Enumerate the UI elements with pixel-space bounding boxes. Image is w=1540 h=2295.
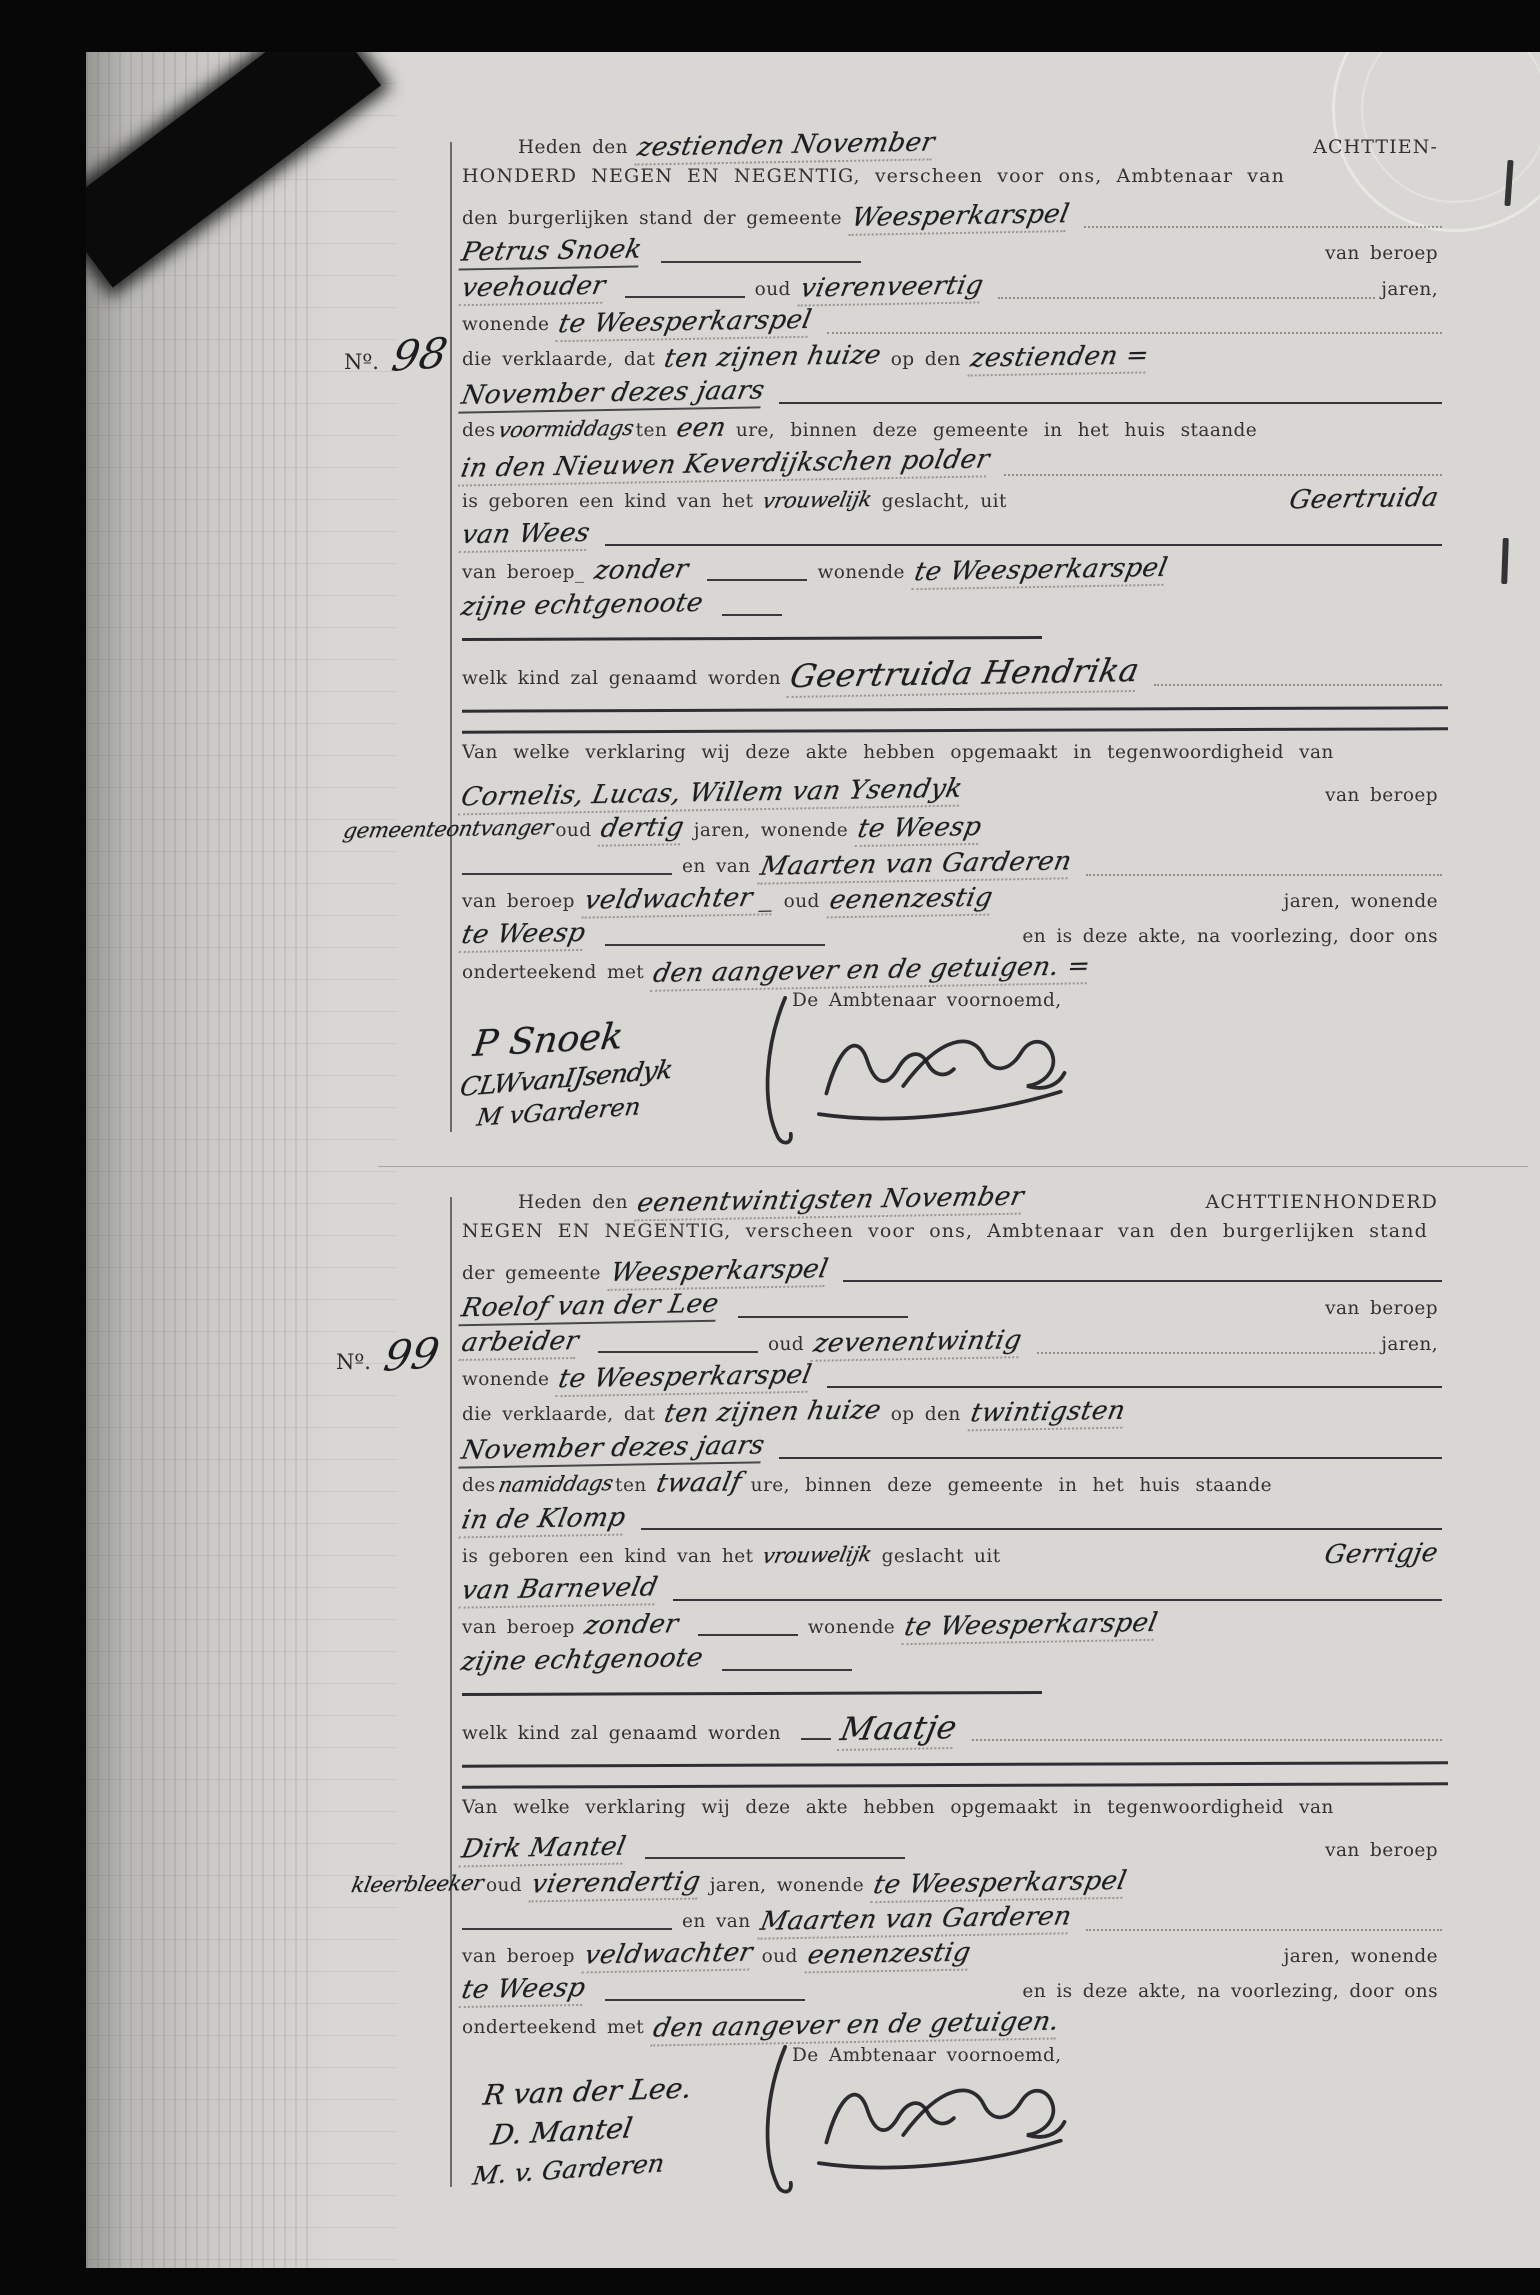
printed-text: ure, binnen deze gemeente in het huis st… (736, 420, 1257, 441)
printed-text: welk kind zal genaamd worden (462, 1723, 781, 1744)
form-line: Van welke verklaring wij deze akte hebbe… (462, 742, 1448, 777)
printed-text: oud (555, 820, 591, 841)
printed-text: ten (615, 1475, 647, 1496)
dotted-fill-line (1086, 1929, 1442, 1931)
handwritten-witness1-age: dertig (598, 813, 687, 847)
dotted-fill-line (1154, 684, 1442, 686)
printed-text: en van (682, 856, 751, 877)
dotted-fill-line (1037, 1352, 1375, 1354)
handwritten-hour: twaalf (654, 1467, 744, 1498)
handwritten-witness1-age: vierendertig (529, 1867, 704, 1903)
record-number-99: Nº.99 (336, 1330, 438, 1379)
handwritten-declarant-name: Roelof van der Lee (458, 1289, 721, 1326)
handwritten-age: vierenveertig (797, 270, 986, 306)
printed-text: ACHTTIENHONDERD (1206, 1191, 1438, 1213)
form-line: NEGEN EN NEGENTIG, verscheen voor ons, A… (462, 1220, 1448, 1255)
handwritten-hour: een (674, 413, 729, 444)
record-number-prefix: Nº. (344, 350, 379, 374)
printed-text: die verklaarde, dat (462, 349, 655, 370)
handwritten-mother-occupation: zonder (591, 554, 690, 586)
form-line: des voormiddags ten een ure, binnen deze… (462, 413, 1448, 448)
printed-text: oud (755, 279, 791, 300)
form-line: van beroep veldwachter _ oud eenenzestig… (462, 884, 1448, 919)
form-line: Dirk Mantel van beroep (462, 1833, 1448, 1868)
handwritten-witness2-age: eenenzestig (826, 883, 995, 919)
ink-dash (645, 1857, 905, 1859)
form-line: te Weesp en is deze akte, na voorlezing,… (462, 919, 1448, 954)
handwritten-witness1-occupation: kleerbleeker (349, 1871, 485, 1897)
handwritten-text: ten zijnen huize (662, 340, 884, 374)
printed-text: ten (636, 420, 668, 441)
handwritten-witness2-residence: te Weesp (459, 1973, 589, 2008)
printed-text: oud (768, 1334, 804, 1355)
form-line: der gemeente Weesperkarspel (462, 1256, 1448, 1291)
printed-text: der gemeente (462, 1263, 601, 1284)
dotted-fill-line (1086, 874, 1442, 876)
handwritten-witness2-age: eenenzestig (804, 1938, 973, 1974)
form-line: in den Nieuwen Keverdijkschen polder (462, 449, 1448, 484)
printed-text: is geboren een kind van het (462, 1546, 753, 1567)
handwritten-child-name: Geertruida Hendrika (786, 651, 1142, 698)
printed-text: jaren, wonende (710, 1875, 864, 1896)
printed-text: ure, binnen deze gemeente in het huis st… (751, 1475, 1272, 1496)
handwritten-witness1-occupation: gemeenteontvanger (341, 815, 555, 843)
printed-text: des (462, 420, 496, 441)
printed-text: jaren, wonende (1284, 891, 1438, 912)
handwritten-municipality: Weesperkarspel (607, 1254, 830, 1291)
ink-dash (641, 1528, 1442, 1530)
form-margin-rule (450, 1197, 452, 2187)
printed-text: van beroep (462, 1946, 575, 1967)
record-divider-line (378, 1166, 1528, 1167)
handwritten-mother-occupation: zonder (582, 1609, 681, 1641)
dotted-fill-line (827, 332, 1442, 334)
ink-dash (779, 402, 1442, 404)
handwritten-witness1-residence: te Weesperkarspel (870, 1866, 1129, 1903)
form-line: Heden den eenentwintigsten November ACHT… (462, 1185, 1448, 1220)
handwritten-mother-residence: te Weesperkarspel (911, 552, 1170, 589)
printed-text: en van (682, 1911, 751, 1932)
form-line: van beroep_ zonder wonende te Weesperkar… (462, 555, 1448, 590)
printed-text: van beroep (1325, 1840, 1438, 1861)
handwritten-text: ten zijnen huize (662, 1395, 884, 1429)
signature-block: P Snoek CLWvanIJsendyk M vGarderen (462, 1020, 1448, 1138)
form-line: Cornelis, Lucas, Willem van Ysendyk van … (462, 778, 1448, 813)
printed-text: op den (891, 1404, 961, 1425)
scanned-register-page: Nº.98 Nº.99 Heden den zestienden Novembe… (0, 0, 1540, 2295)
printed-text: oud (486, 1875, 522, 1896)
form-line: HONDERD NEGEN EN NEGENTIG, verscheen voo… (462, 165, 1448, 200)
form-line: die verklaarde, dat ten zijnen huize op … (462, 1397, 1448, 1432)
ink-dash (707, 579, 807, 581)
record-number-value: 98 (388, 328, 451, 381)
binding-ghost-lines (86, 52, 396, 2268)
handwritten-date: zestienden November (634, 127, 937, 165)
printed-text: van beroep (462, 891, 575, 912)
form-line: des namiddags ten twaalf ure, binnen dez… (462, 1468, 1448, 1503)
margin-ink-mark (1501, 538, 1509, 584)
handwritten-witness2-occupation: veldwachter (581, 1938, 755, 1974)
handwritten-witness1-name: Cornelis, Lucas, Willem van Ysendyk (458, 774, 965, 816)
printed-text: wonende (462, 314, 549, 335)
birth-record-98: Heden den zestienden November ACHTTIEN- … (462, 122, 1448, 1138)
form-line: onderteekend met den aangever en de getu… (462, 955, 1448, 990)
handwritten-declarant-name: Petrus Snoek (458, 235, 644, 271)
form-line: Van welke verklaring wij deze akte hebbe… (462, 1797, 1448, 1832)
ink-dash (605, 1999, 805, 2001)
handwritten-date: eenentwintigsten November (634, 1182, 1026, 1222)
handwritten-birth-place: in den Nieuwen Keverdijkschen polder (458, 444, 992, 486)
handwritten-birth-day: twintigsten (967, 1396, 1127, 1432)
handwritten-closing: den aangever en de getuigen. = (650, 951, 1093, 992)
handwritten-relation: zijne echtgenoote (459, 1643, 706, 1677)
handwritten-mother-firstname: Geertruida (1287, 483, 1441, 516)
form-line: van beroep veldwachter oud eenenzestig j… (462, 1939, 1448, 1974)
form-line: November dezes jaars (462, 378, 1448, 413)
handwritten-gender: vrouwelijk (761, 487, 874, 513)
handwritten-witness1-name: Dirk Mantel (458, 1831, 628, 1867)
handwritten-mother-surname: van Barneveld (458, 1573, 660, 1609)
form-line: te Weesp en is deze akte, na voorlezing,… (462, 1974, 1448, 2009)
printed-text: van beroep (1325, 1298, 1438, 1319)
handwritten-child-name: Maatje (837, 1708, 960, 1751)
dotted-fill-line (1004, 474, 1442, 476)
signature-block: R van der Lee. D. Mantel M. v. Garderen (462, 2075, 1448, 2193)
printed-text: is geboren een kind van het (462, 491, 753, 512)
handwritten-occupation: veehouder (459, 270, 609, 305)
handwritten-witness2-name: Maarten van Garderen (757, 1901, 1074, 1939)
form-line: en van Maarten van Garderen (462, 849, 1448, 884)
signature-witness2: M. v. Garderen (471, 2149, 666, 2191)
handwritten-birth-month: November dezes jaars (458, 375, 767, 413)
printed-text: Van welke verklaring wij deze akte hebbe… (462, 742, 1334, 763)
printed-text: wonende (808, 1617, 895, 1638)
handwritten-occupation: arbeider (459, 1326, 582, 1361)
printed-text: en is deze akte, na voorlezing, door ons (1022, 926, 1438, 947)
form-line: Petrus Snoek van beroep (462, 236, 1448, 271)
hand-drawn-rule (462, 1691, 1042, 1696)
hand-drawn-rule (462, 636, 1042, 641)
handwritten-relation: zijne echtgenoote (459, 588, 706, 622)
dotted-fill-line (972, 1739, 1442, 1741)
signature-witness1: D. Mantel (489, 2112, 635, 2152)
handwritten-birth-day: zestienden = (967, 341, 1151, 377)
printed-text: jaren, wonende (1284, 1946, 1438, 1967)
printed-text: onderteekend met (462, 2017, 644, 2038)
printed-text: en is deze akte, na voorlezing, door ons (1022, 1981, 1438, 2002)
signature-declarant: P Snoek (471, 1016, 626, 1065)
handwritten-witness2-occupation: veldwachter _ (581, 882, 777, 918)
ink-dash (779, 1457, 1442, 1459)
printed-text: wonende (462, 1369, 549, 1390)
printed-text: oud (784, 891, 820, 912)
printed-text: welk kind zal genaamd worden (462, 668, 781, 689)
printed-text: Heden den (518, 137, 628, 158)
form-line: Roelof van der Lee van beroep (462, 1291, 1448, 1326)
printed-text: jaren, (1381, 1334, 1438, 1355)
handwritten-age: zevenentwintig (810, 1325, 1024, 1362)
hand-drawn-rule (462, 707, 1448, 713)
handwritten-residence: te Weesperkarspel (556, 305, 815, 342)
dotted-fill-line (998, 297, 1375, 299)
form-line: wonende te Weesperkarspel (462, 1362, 1448, 1397)
form-line: November dezes jaars (462, 1433, 1448, 1468)
ink-dash (722, 1669, 852, 1671)
form-line: onderteekend met den aangever en de getu… (462, 2010, 1448, 2045)
form-line: van beroep zonder wonende te Weesperkars… (462, 1610, 1448, 1645)
printed-text: geslacht uit (882, 1546, 1001, 1567)
printed-text: van beroep_ (462, 562, 585, 583)
ink-dash (698, 1634, 798, 1636)
printed-text: ACHTTIEN- (1313, 136, 1438, 158)
form-line: van Barneveld (462, 1574, 1448, 1609)
ink-dash (661, 261, 861, 263)
record-number-value: 99 (380, 1328, 443, 1381)
printed-text: den burgerlijken stand der gemeente (462, 208, 842, 229)
ink-dash (843, 1280, 1442, 1282)
form-line: zijne echtgenoote (462, 1645, 1448, 1680)
printed-text: van beroep (1325, 243, 1438, 264)
ink-dash (673, 1599, 1442, 1601)
record-number-prefix: Nº. (336, 1350, 371, 1374)
handwritten-witness2-name: Maarten van Garderen (757, 846, 1074, 884)
registrar-signature-flourish (742, 996, 1072, 1146)
form-line: en van Maarten van Garderen (462, 1904, 1448, 1939)
ink-dash (722, 614, 782, 616)
printed-text: NEGEN EN NEGENTIG, verscheen voor ons, A… (462, 1220, 1428, 1242)
ink-dash (462, 873, 672, 875)
form-line: is geboren een kind van het vrouwelijk g… (462, 484, 1448, 519)
registrar-signature-flourish (742, 2045, 1072, 2195)
form-line: kleerbleeker oud vierendertig jaren, won… (462, 1868, 1448, 1903)
handwritten-closing: den aangever en de getuigen. (650, 2006, 1062, 2046)
form-line: in de Klomp (462, 1504, 1448, 1539)
printed-text: wonende (817, 562, 904, 583)
handwritten-witness2-residence: te Weesp (459, 918, 589, 953)
form-line: den burgerlijken stand der gemeente Wees… (462, 201, 1448, 236)
printed-text: Van welke verklaring wij deze akte hebbe… (462, 1797, 1334, 1818)
printed-text: HONDERD NEGEN EN NEGENTIG, verscheen voo… (462, 165, 1285, 187)
printed-text: die verklaarde, dat (462, 1404, 655, 1425)
form-line: wonende te Weesperkarspel (462, 307, 1448, 342)
printed-text: geslacht, uit (882, 491, 1007, 512)
ink-dash (625, 296, 745, 298)
ink-dash (598, 1351, 758, 1353)
handwritten-birth-month: November dezes jaars (458, 1430, 767, 1468)
hand-drawn-rule (462, 728, 1448, 734)
handwritten-birth-place: in de Klomp (458, 1502, 628, 1538)
form-line: zijne echtgenoote (462, 590, 1448, 625)
hand-drawn-rule (462, 1783, 1448, 1789)
handwritten-mother-firstname: Gerrigje (1322, 1538, 1441, 1570)
ink-dash (462, 1928, 672, 1930)
handwritten-gender: vrouwelijk (761, 1542, 874, 1568)
signature-declarant: R van der Lee. (481, 2072, 694, 2112)
hand-drawn-rule (462, 1762, 1448, 1768)
birth-record-99: Heden den eenentwintigsten November ACHT… (462, 1177, 1448, 2193)
ink-dash (605, 944, 825, 946)
form-line: van Wees (462, 519, 1448, 554)
ink-dash (827, 1386, 1442, 1388)
printed-text: jaren, (1381, 279, 1438, 300)
printed-text: op den (891, 349, 961, 370)
handwritten-witness1-residence: te Weesp (855, 812, 985, 847)
form-line: welk kind zal genaamd worden Geertruida … (462, 654, 1448, 694)
form-margin-rule (450, 142, 452, 1132)
printed-text: onderteekend met (462, 962, 644, 983)
record-number-98: Nº.98 (344, 330, 446, 379)
printed-text: van beroep (1325, 785, 1438, 806)
handwritten-daypart: voormiddags (496, 416, 635, 442)
form-line: arbeider oud zevenentwintig jaren, (462, 1327, 1448, 1362)
form-line: veehouder oud vierenveertig jaren, (462, 272, 1448, 307)
printed-text: Heden den (518, 1192, 628, 1213)
form-line: die verklaarde, dat ten zijnen huize op … (462, 342, 1448, 377)
handwritten-municipality: Weesperkarspel (848, 199, 1071, 236)
form-line: Heden den zestienden November ACHTTIEN- (462, 130, 1448, 165)
printed-text: van beroep (462, 1617, 575, 1638)
printed-text: jaren, wonende (694, 820, 848, 841)
printed-text: des (462, 1475, 496, 1496)
ink-dash (738, 1316, 908, 1318)
handwritten-mother-residence: te Weesperkarspel (901, 1607, 1160, 1644)
handwritten-daypart: namiddags (496, 1471, 615, 1497)
handwritten-mother-surname: van Wees (459, 518, 593, 553)
register-paper: Nº.98 Nº.99 Heden den zestienden Novembe… (86, 52, 1540, 2268)
ink-dash (801, 1738, 831, 1740)
printed-text: oud (762, 1946, 798, 1967)
handwritten-residence: te Weesperkarspel (556, 1360, 815, 1397)
form-line: welk kind zal genaamd worden Maatje (462, 1709, 1448, 1749)
dotted-fill-line (1084, 226, 1442, 228)
ink-dash (605, 544, 1442, 546)
form-line: is geboren een kind van het vrouwelijk g… (462, 1539, 1448, 1574)
form-line: gemeenteontvanger oud dertig jaren, wone… (462, 813, 1448, 848)
